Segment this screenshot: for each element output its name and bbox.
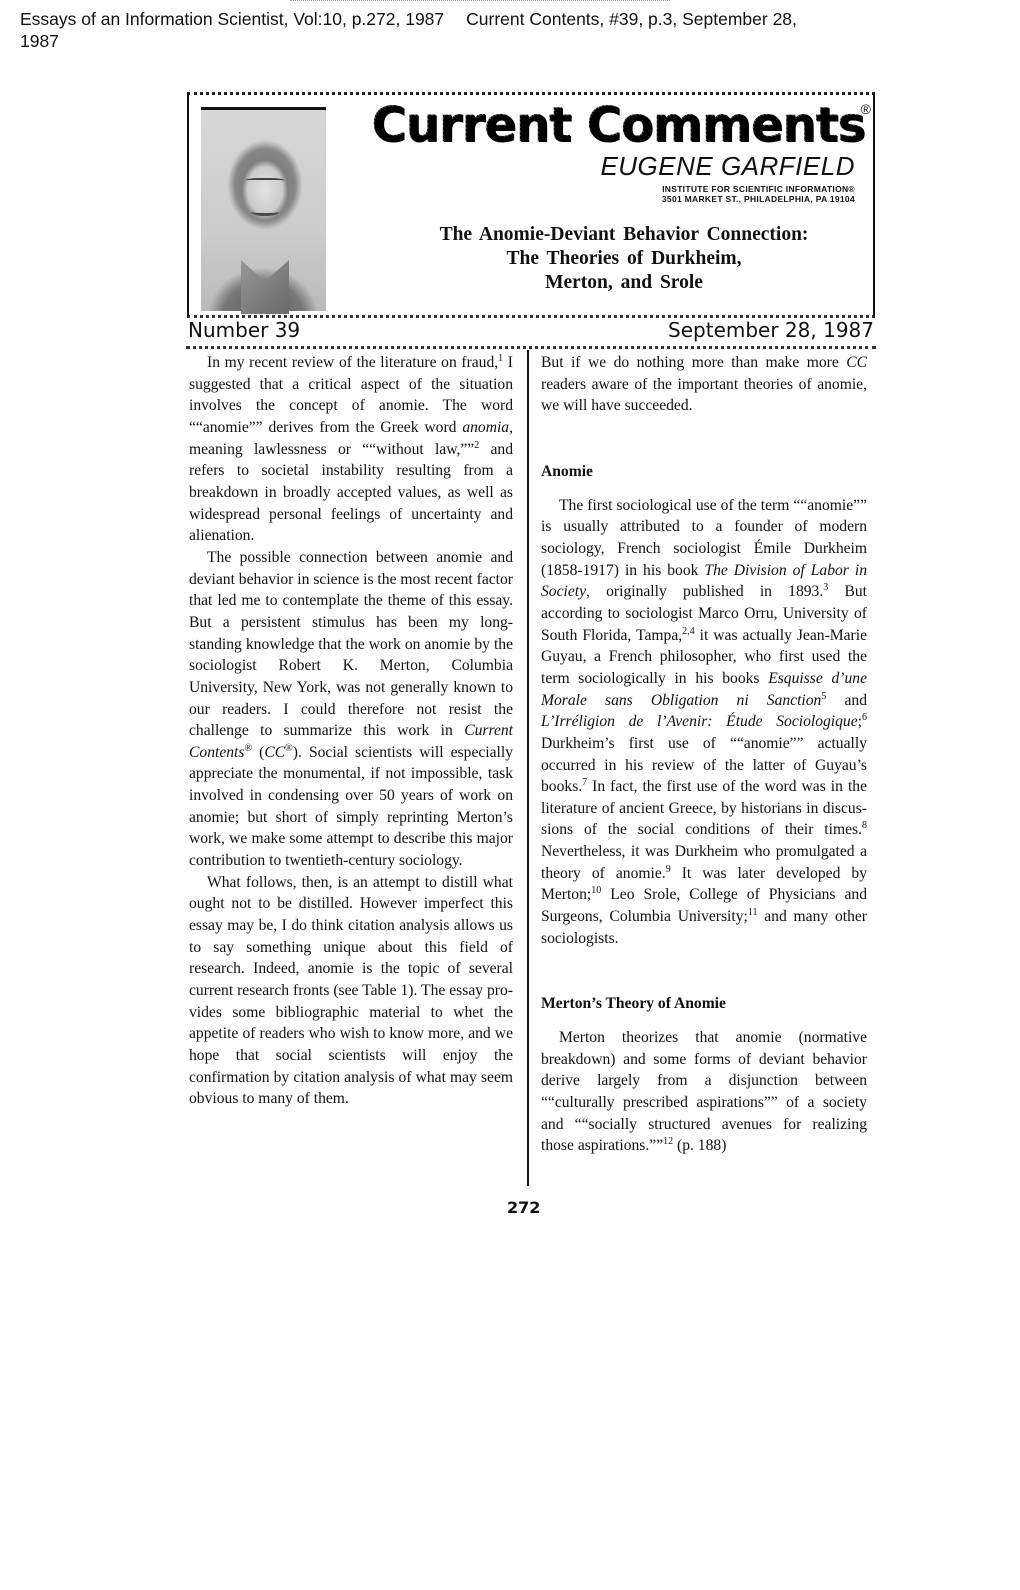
footnote-ref: 12 bbox=[663, 1136, 673, 1147]
issue-number: Number 39 bbox=[188, 318, 300, 342]
photo-mouth bbox=[251, 208, 279, 216]
essay-title-line: The Anomie-Deviant Behavior Connection: bbox=[384, 223, 864, 247]
italic-term: anomia bbox=[462, 419, 509, 436]
source-essays: Essays of an Information Scientist, Vol:… bbox=[20, 9, 444, 29]
text-run: But if we do nothing more than make more bbox=[541, 354, 846, 371]
spacer bbox=[541, 483, 867, 495]
source-citation: Essays of an Information Scientist, Vol:… bbox=[20, 8, 1000, 52]
institute-address: INSTITUTE FOR SCIENTIFIC INFORMATION® 35… bbox=[662, 184, 855, 204]
registered-mark-icon: ® bbox=[861, 101, 871, 117]
spacer bbox=[541, 949, 867, 993]
essay-title-line: Merton, and Srole bbox=[384, 271, 864, 295]
text-run: ( bbox=[252, 744, 264, 761]
paragraph: The first sociological use of the term “… bbox=[541, 495, 867, 950]
section-heading-merton: Merton’s Theory of Anomie bbox=[541, 993, 867, 1015]
left-column: In my recent review of the literature on… bbox=[189, 352, 513, 1110]
scan-artifact bbox=[290, 0, 670, 3]
paragraph: Merton theorizes that anomie (normative … bbox=[541, 1027, 867, 1157]
source-current-contents: Current Contents, #39, p.3, September 28… bbox=[466, 9, 797, 29]
photo-shirt bbox=[241, 260, 289, 314]
italic-term: CC bbox=[264, 744, 285, 761]
spacer bbox=[541, 417, 867, 461]
text-run: The possible connection between anomie a… bbox=[189, 549, 513, 739]
section-heading-anomie: Anomie bbox=[541, 461, 867, 483]
footnote-ref: 10 bbox=[591, 885, 601, 896]
registered-mark: ® bbox=[244, 743, 252, 754]
source-year: 1987 bbox=[20, 31, 59, 51]
text-run: ). Social scientists will especially app… bbox=[189, 744, 513, 869]
institute-street: 3501 MARKET ST., PHILADELPHIA, PA 19104 bbox=[662, 194, 855, 204]
column-divider bbox=[527, 350, 529, 1186]
text-run: , original­ly published in 1893. bbox=[586, 583, 823, 600]
footnote-ref: 2,4 bbox=[682, 626, 695, 637]
spacer bbox=[541, 1015, 867, 1027]
right-column: But if we do nothing more than make more… bbox=[541, 352, 867, 1157]
photo-eyes bbox=[245, 178, 285, 184]
text-run: (p. 188) bbox=[673, 1137, 726, 1154]
footnote-ref: 6 bbox=[862, 712, 867, 723]
text-run: Merton theorizes that anomie (normative … bbox=[541, 1029, 867, 1154]
paragraph: What follows, then, is an attempt to dis… bbox=[189, 872, 513, 1110]
italic-term: CC bbox=[846, 354, 867, 371]
text-run: In fact, the first use of the word was i… bbox=[541, 778, 867, 838]
institute-name: INSTITUTE FOR SCIENTIFIC INFORMATION® bbox=[662, 184, 855, 194]
page-number: 272 bbox=[507, 1198, 540, 1217]
text-run: and bbox=[826, 692, 867, 709]
paragraph: But if we do nothing more than make more… bbox=[541, 352, 867, 417]
essay-title-line: The Theories of Durkheim, bbox=[384, 247, 864, 271]
text-run: readers aware of the important theories … bbox=[541, 376, 867, 415]
book-title: L’Irréligion de l’Avenir: Étude Sociolog… bbox=[541, 713, 858, 730]
footnote-ref: 8 bbox=[862, 820, 867, 831]
author-photo bbox=[201, 107, 326, 311]
masthead-title: Current Comments bbox=[371, 99, 865, 151]
masthead-box: Current Comments ® EUGENE GARFIELD INSTI… bbox=[187, 92, 875, 318]
text-run: In my recent review of the literature on… bbox=[207, 354, 498, 371]
issue-divider bbox=[186, 346, 876, 349]
issue-date: September 28, 1987 bbox=[668, 318, 874, 342]
paragraph: In my recent review of the literature on… bbox=[189, 352, 513, 547]
essay-title: The Anomie-Deviant Behavior Connection: … bbox=[384, 223, 864, 295]
footnote-ref: 11 bbox=[748, 907, 758, 918]
paragraph: The possible connection between anomie a… bbox=[189, 547, 513, 872]
author-name: EUGENE GARFIELD bbox=[600, 151, 855, 182]
registered-mark: ® bbox=[285, 743, 293, 754]
